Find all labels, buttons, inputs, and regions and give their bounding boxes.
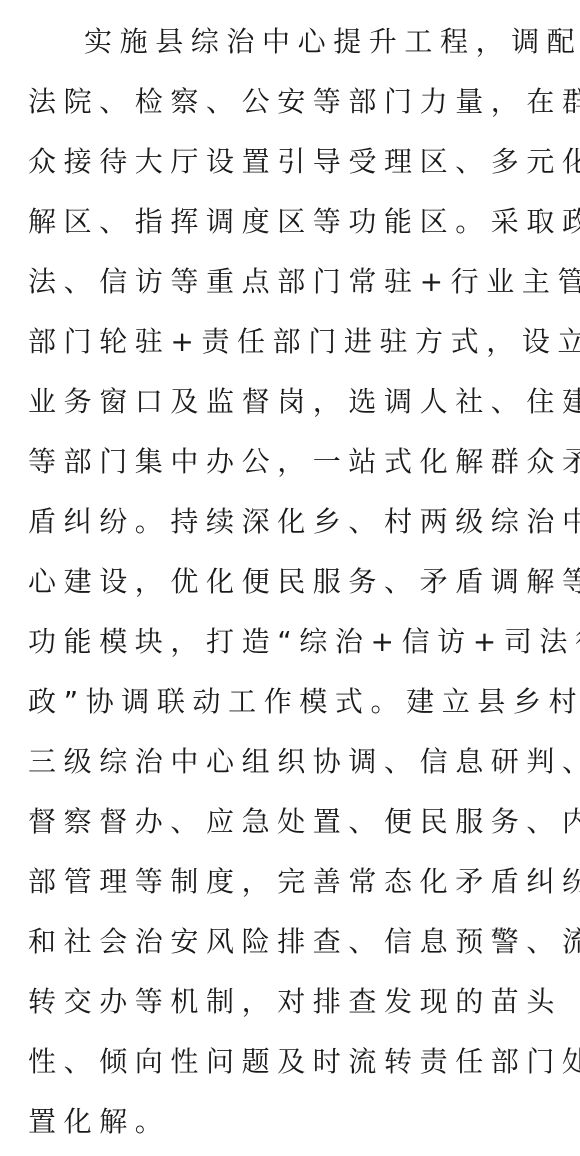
paragraph-line: 置化解。 [28,1102,558,1142]
paragraph-line: 三级综治中心组织协调、信息研判、 [28,742,558,782]
paragraph-line: 心建设，优化便民服务、矛盾调解等 [28,562,558,602]
paragraph-line: 部门轮驻+责任部门进驻方式，设立 [28,322,558,362]
article-body: 实施县综治中心提升工程，调配 法院、检察、公安等部门力量，在群 众接待大厅设置引… [0,0,580,1156]
paragraph-line: 业务窗口及监督岗，选调人社、住建 [28,382,558,422]
paragraph-line: 督察督办、应急处置、便民服务、内 [28,802,558,842]
paragraph-line: 政”协调联动工作模式。建立县乡村 [28,682,558,722]
paragraph-line: 等部门集中办公，一站式化解群众矛 [28,442,558,482]
paragraph-line: 法院、检察、公安等部门力量，在群 [28,82,558,122]
paragraph-line: 转交办等机制，对排查发现的苗头 [28,982,558,1022]
paragraph-line: 和社会治安风险排查、信息预警、流 [28,922,558,962]
paragraph-line: 盾纠纷。持续深化乡、村两级综治中 [28,502,558,542]
paragraph-line: 部管理等制度，完善常态化矛盾纠纷 [28,862,558,902]
paragraph-line: 实施县综治中心提升工程，调配 [84,22,558,62]
paragraph-line: 功能模块，打造“综治+信访+司法行 [28,622,558,662]
paragraph-line: 解区、指挥调度区等功能区。采取政 [28,202,558,242]
paragraph-line: 性、倾向性问题及时流转责任部门处 [28,1042,558,1082]
paragraph-line: 众接待大厅设置引导受理区、多元化 [28,142,558,182]
paragraph-line: 法、信访等重点部门常驻+行业主管 [28,262,558,302]
